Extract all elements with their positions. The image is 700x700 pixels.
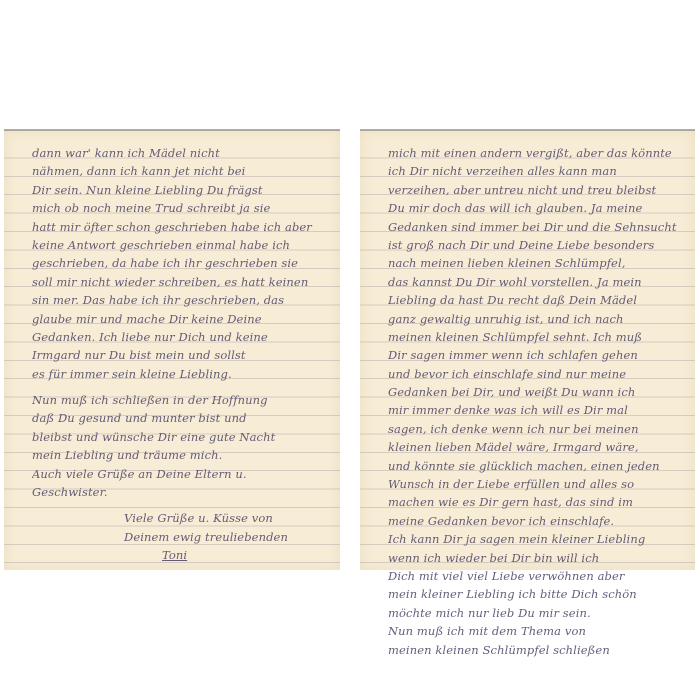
text-line: kleinen lieben Mädel wäre, Irmgard wäre, [388, 438, 681, 456]
text-line: Liebling da hast Du recht daß Dein Mädel [388, 291, 681, 309]
text-line: Gedanken. Ich liebe nur Dich und keine [32, 328, 328, 346]
text-line: Dir sein. Nun kleine Liebling Du frägst [32, 181, 328, 199]
text-line: mein kleiner Liebling ich bitte Dich sch… [388, 585, 681, 603]
text-line: wenn ich wieder bei Dir bin will ich [388, 549, 681, 567]
closing-line: daß Du gesund und munter bist und [32, 409, 328, 427]
text-line: ist groß nach Dir und Deine Liebe besond… [388, 236, 681, 254]
text-line: mich mit einen andern vergißt, aber das … [388, 144, 681, 162]
text-line: sagen, ich denke wenn ich nur bei meinen [388, 420, 681, 438]
text-line: es für immer sein kleine Liebling. [32, 365, 328, 383]
signature-line2: Deinem ewig treuliebenden [32, 528, 328, 546]
text-line: Dir sagen immer wenn ich schlafen gehen [388, 346, 681, 364]
text-line: ganz gewaltig unruhig ist, und ich nach [388, 310, 681, 328]
text-line: Nun muß ich mit dem Thema von [388, 622, 681, 640]
text-line: verzeihen, aber untreu nicht und treu bl… [388, 181, 681, 199]
text-line: nach meinen lieben kleinen Schlümpfel, [388, 254, 681, 272]
text-line: soll mir nicht wieder schreiben, es hatt… [32, 273, 328, 291]
text-line: meinen kleinen Schlümpfel schließen [388, 641, 681, 659]
closing-line: bleibst und wünsche Dir eine gute Nacht [32, 428, 328, 446]
closing-line: Nun muß ich schließen in der Hoffnung [32, 391, 328, 409]
letter-page-left: dann war' kann ich Mädel nicht nähmen, d… [4, 130, 340, 570]
closing-line: Geschwister. [32, 483, 328, 501]
text-line: Irmgard nur Du bist mein und sollst [32, 346, 328, 364]
text-line: dann war' kann ich Mädel nicht [32, 144, 328, 162]
text-line: machen wie es Dir gern hast, das sind im [388, 493, 681, 511]
text-line: meinen kleinen Schlümpfel sehnt. Ich muß [388, 328, 681, 346]
text-line: das kannst Du Dir wohl vorstellen. Ja me… [388, 273, 681, 291]
text-line: ich Dir nicht verzeihen alles kann man [388, 162, 681, 180]
signature-greeting: Viele Grüße u. Küsse von [32, 509, 328, 527]
text-line: möchte mich nur lieb Du mir sein. [388, 604, 681, 622]
letter-body-right: mich mit einen andern vergißt, aber das … [388, 144, 681, 659]
text-line: und könnte sie glücklich machen, einen j… [388, 457, 681, 475]
text-line: Gedanken bei Dir, und weißt Du wann ich [388, 383, 681, 401]
closing-line: Auch viele Grüße an Deine Eltern u. [32, 465, 328, 483]
text-line: glaube mir und mache Dir keine Deine [32, 310, 328, 328]
text-line: mir immer denke was ich will es Dir mal [388, 401, 681, 419]
letter-page-right: mich mit einen andern vergißt, aber das … [360, 130, 695, 570]
text-line: Du mir doch das will ich glauben. Ja mei… [388, 199, 681, 217]
letter-body-left: dann war' kann ich Mädel nicht nähmen, d… [32, 144, 328, 565]
text-line: Wunsch in der Liebe erfüllen und alles s… [388, 475, 681, 493]
text-line: meine Gedanken bevor ich einschlafe. [388, 512, 681, 530]
text-line: nähmen, dann ich kann jet nicht bei [32, 162, 328, 180]
text-line: Ich kann Dir ja sagen mein kleiner Liebl… [388, 530, 681, 548]
text-line: Dich mit viel viel Liebe verwöhnen aber [388, 567, 681, 585]
text-line: Gedanken sind immer bei Dir und die Sehn… [388, 218, 681, 236]
text-line: und bevor ich einschlafe sind nur meine [388, 365, 681, 383]
text-line: sin mer. Das habe ich ihr geschrieben, d… [32, 291, 328, 309]
closing-line: mein Liebling und träume mich. [32, 446, 328, 464]
text-line: mich ob noch meine Trud schreibt ja sie [32, 199, 328, 217]
text-line: geschrieben, da habe ich ihr geschrieben… [32, 254, 328, 272]
text-line: keine Antwort geschrieben einmal habe ic… [32, 236, 328, 254]
signature-name: Toni [32, 546, 328, 564]
text-line: hatt mir öfter schon geschrieben habe ic… [32, 218, 328, 236]
